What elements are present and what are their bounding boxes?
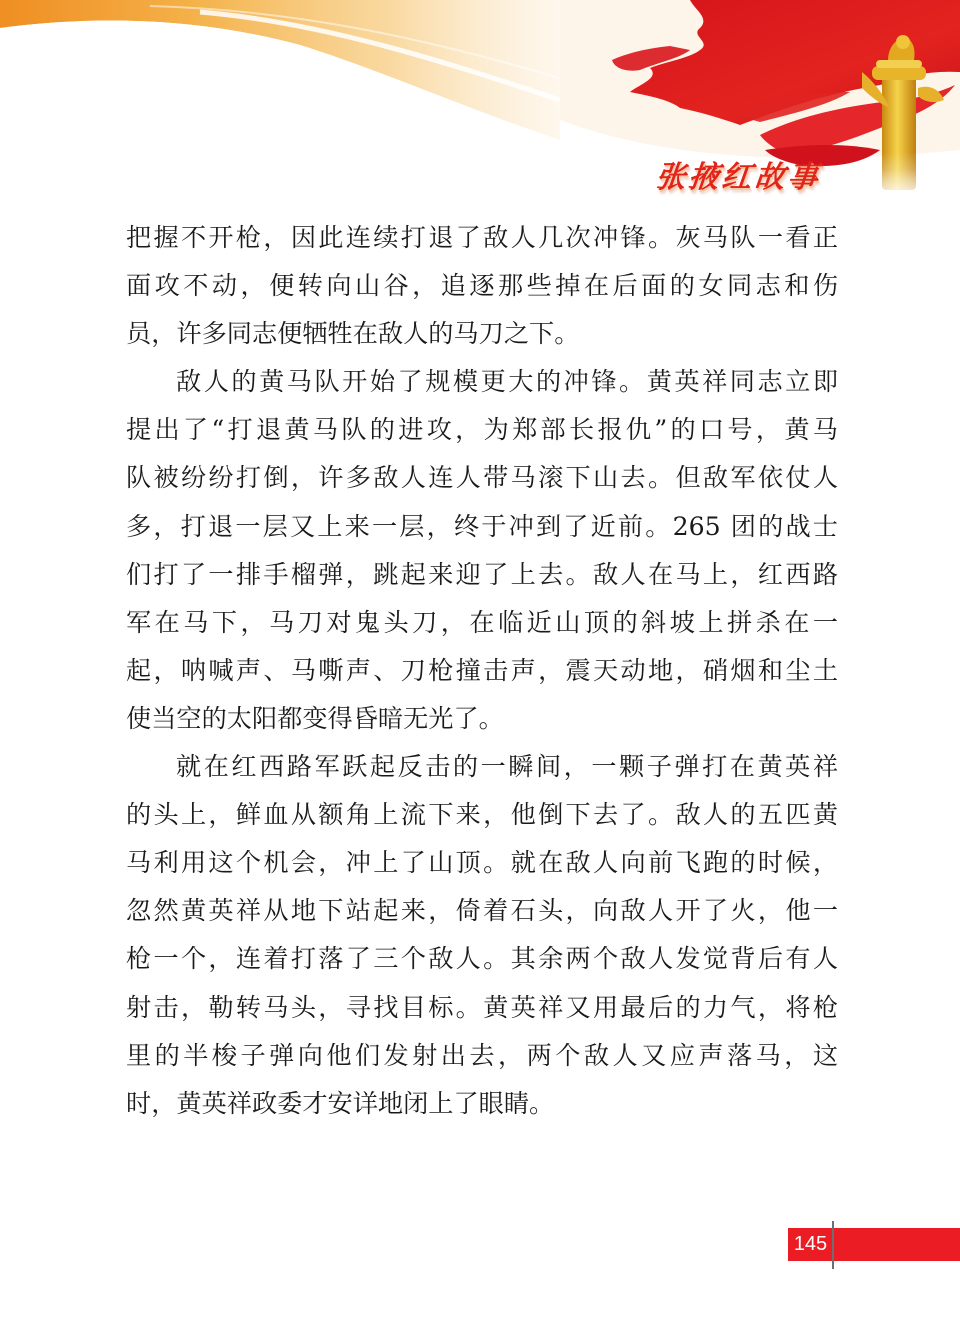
page-number-tab: 145 (788, 1228, 960, 1261)
text-line: 马利用这个机会，冲上了山顶。就在敌人向前飞跑的时候， (126, 839, 838, 887)
text-line: 忽然黄英祥从地下站起来，倚着石头，向敌人开了火，他一 (126, 887, 838, 935)
series-title: 张掖红故事 (654, 152, 824, 196)
page-number: 145 (788, 1228, 833, 1261)
paragraph-1: 把握不开枪，因此连续打退了敌人几次冲锋。灰马队一看正 面攻不动，便转向山谷，追逐… (126, 214, 838, 358)
page-number-divider (832, 1221, 834, 1269)
text-line: 的头上，鲜血从额角上流下来，他倒下去了。敌人的五匹黄 (126, 791, 838, 839)
text-line: 枪一个，连着打落了三个敌人。其余两个敌人发觉背后有人 (126, 935, 838, 983)
text-line: 敌人的黄马队开始了规模更大的冲锋。黄英祥同志立即 (126, 358, 838, 406)
text-line: 提出了“打退黄马队的进攻，为郑部长报仇”的口号，黄马 (126, 406, 838, 454)
text-line: 就在红西路军跃起反击的一瞬间，一颗子弹打在黄英祥 (126, 743, 838, 791)
text-line: 起，呐喊声、马嘶声、刀枪撞击声，震天动地，硝烟和尘土 (126, 647, 838, 695)
text-line: 军在马下，马刀对鬼头刀，在临近山顶的斜坡上拼杀在一 (126, 599, 838, 647)
text-line: 多，打退一层又上来一层，终于冲到了近前。265 团的战士 (126, 503, 838, 551)
text-line: 面攻不动，便转向山谷，追逐那些掉在后面的女同志和伤 (126, 262, 838, 310)
article-body: 把握不开枪，因此连续打退了敌人几次冲锋。灰马队一看正 面攻不动，便转向山谷，追逐… (126, 214, 838, 1128)
header-banner: 张掖红故事 (0, 0, 960, 215)
text-line: 们打了一排手榴弹，跳起来迎了上去。敌人在马上，红西路 (126, 551, 838, 599)
text-line: 队被纷纷打倒，许多敌人连人带马滚下山去。但敌军依仗人 (126, 454, 838, 502)
text-line: 里的半梭子弹向他们发射出去，两个敌人又应声落马，这 (126, 1032, 838, 1080)
text-line: 把握不开枪，因此连续打退了敌人几次冲锋。灰马队一看正 (126, 214, 838, 262)
text-line: 射击，勒转马头，寻找目标。黄英祥又用最后的力气，将枪 (126, 984, 838, 1032)
text-line: 时，黄英祥政委才安详地闭上了眼睛。 (126, 1080, 838, 1128)
paragraph-3: 就在红西路军跃起反击的一瞬间，一颗子弹打在黄英祥 的头上，鲜血从额角上流下来，他… (126, 743, 838, 1128)
paragraph-2: 敌人的黄马队开始了规模更大的冲锋。黄英祥同志立即 提出了“打退黄马队的进攻，为郑… (126, 358, 838, 743)
text-line: 员，许多同志便牺牲在敌人的马刀之下。 (126, 310, 838, 358)
text-line: 使当空的太阳都变得昏暗无光了。 (126, 695, 838, 743)
